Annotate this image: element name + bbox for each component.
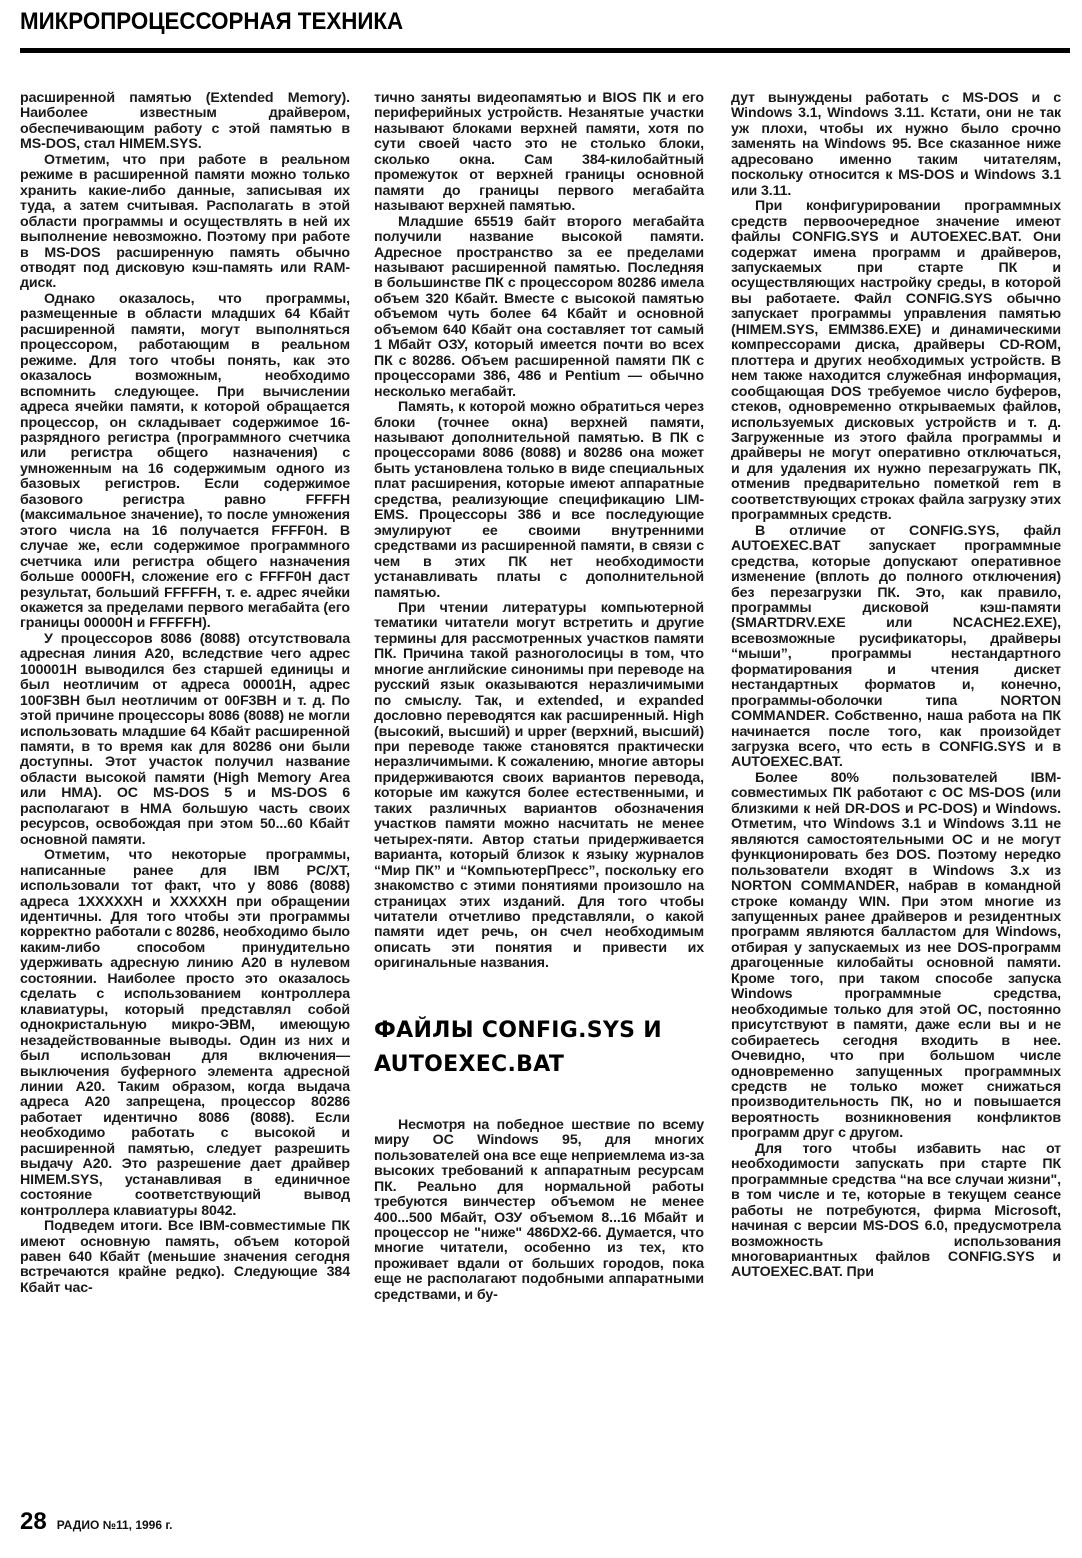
article-column-1: расширенной памятью (Extended Memory). Н… [20,91,350,1296]
paragraph: У процессоров 8086 (8088) отсутствовала … [20,632,350,848]
article-column-3: дут вынуждены работать с MS-DOS и с Wind… [731,91,1061,1281]
header-divider [20,48,1070,53]
paragraph: Однако оказалось, что программы, размеще… [20,292,350,632]
paragraph: При конфигурировании программных средств… [731,199,1061,524]
page-footer: 28 РАДИО №11, 1996 г. [20,1508,173,1536]
paragraph: Более 80% пользователей IBM-совместимых … [731,771,1061,1142]
page-number: 28 [20,1508,47,1536]
paragraph: При чтении литературы компьютерной темат… [374,601,704,972]
section-heading: ФАЙЛЫ CONFIG.SYS И AUTOEXEC.BAT [374,1014,704,1082]
section-title: МИКРОПРОЦЕССОРНАЯ ТЕХНИКА [20,8,403,36]
paragraph: Отметим, что некоторые программы, написа… [20,848,350,1219]
paragraph: Память, к которой можно обратиться через… [374,400,704,601]
paragraph: В отличие от CONFIG.SYS, файл AUTOEXEC.B… [731,524,1061,771]
paragraph: расширенной памятью (Extended Memory). Н… [20,91,350,153]
article-column-2: тично заняты видеопамятью и BIOS ПК и ег… [374,91,704,1303]
paragraph: Для того чтобы избавить нас от необходим… [731,1142,1061,1281]
paragraph: тично заняты видеопамятью и BIOS ПК и ег… [374,91,704,215]
paragraph: Несмотря на победное шествие по всему ми… [374,1118,704,1303]
paragraph: дут вынуждены работать с MS-DOS и с Wind… [731,91,1061,199]
issue-label: РАДИО №11, 1996 г. [57,1518,173,1532]
paragraph: Подведем итоги. Все IBM-совместимые ПК и… [20,1219,350,1296]
paragraph: Младшие 65519 байт второго мегабайта пол… [374,215,704,400]
paragraph: Отметим, что при работе в реальном режим… [20,153,350,292]
